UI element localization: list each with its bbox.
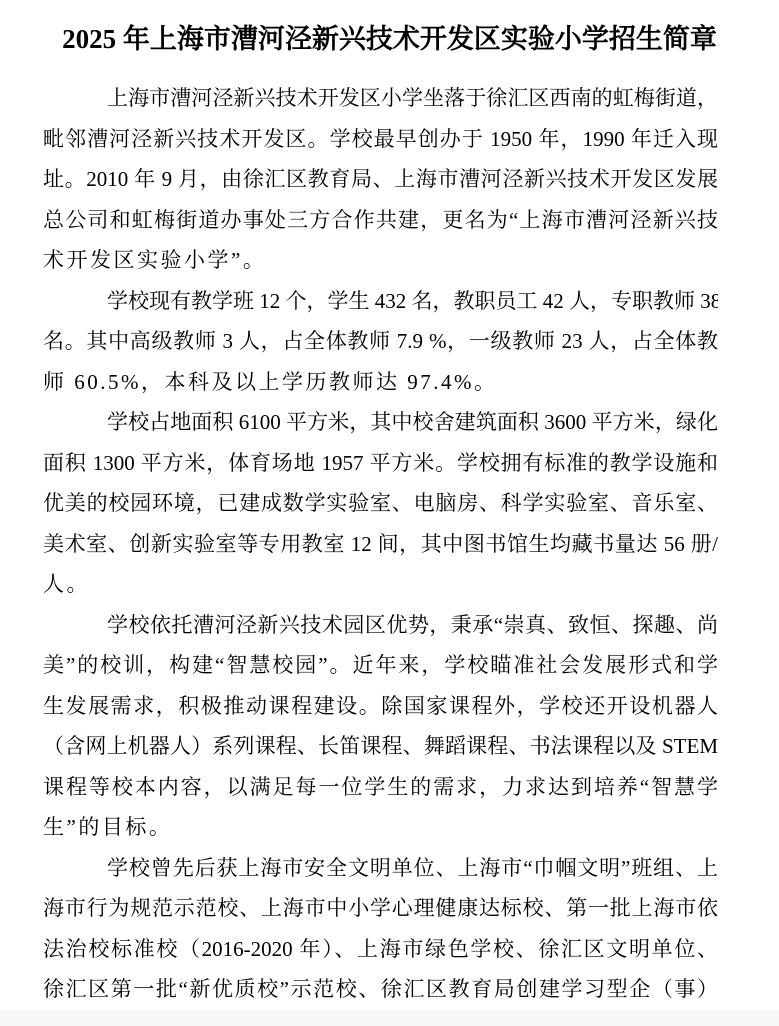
- text-line: 总公司和虹梅街道办事处三方合作共建，更名为“上海市漕河泾新兴技: [43, 200, 718, 241]
- document-body: 上海市漕河泾新兴技术开发区小学坐落于徐汇区西南的虹梅街道，毗邻漕河泾新兴技术开发…: [43, 78, 718, 1010]
- text-line: 生”的目标。: [43, 807, 718, 848]
- text-line: 课程等校本内容，以满足每一位学生的需求，力求达到培养“智慧学: [43, 767, 718, 808]
- text-line: 美”的校训，构建“智慧校园”。近年来，学校瞄准社会发展形式和学: [43, 645, 718, 686]
- text-line: 学校曾先后获上海市安全文明单位、上海市“巾帼文明”班组、上: [43, 848, 718, 889]
- text-line: 名。其中高级教师 3 人，占全体教师 7.9 %，一级教师 23 人，占全体教: [43, 321, 718, 362]
- text-line: 面积 1300 平方米，体育场地 1957 平方米。学校拥有标准的教学设施和: [43, 443, 718, 484]
- text-line: 海市行为规范示范校、上海市中小学心理健康达标校、第一批上海市依: [43, 888, 718, 929]
- text-line: 学校占地面积 6100 平方米，其中校舍建筑面积 3600 平方米，绿化: [43, 402, 718, 443]
- text-line: 学校依托漕河泾新兴技术园区优势，秉承“崇真、致恒、探趣、尚: [43, 605, 718, 646]
- text-line: 美术室、创新实验室等专用教室 12 间，其中图书馆生均藏书量达 56 册/: [43, 524, 718, 565]
- text-line: 徐汇区第一批“新优质校”示范校、徐汇区教育局创建学习型企（事）: [43, 969, 718, 1010]
- text-line: 人。: [43, 564, 718, 605]
- paragraph: 学校现有教学班 12 个，学生 432 名，教职员工 42 人，专职教师 38名…: [43, 281, 718, 403]
- text-line: 术开发区实验小学”。: [43, 240, 718, 281]
- text-line: 师 60.5%，本科及以上学历教师达 97.4%。: [43, 362, 718, 403]
- paragraph: 学校曾先后获上海市安全文明单位、上海市“巾帼文明”班组、上海市行为规范示范校、上…: [43, 848, 718, 1010]
- text-line: 生发展需求，积极推动课程建设。除国家课程外，学校还开设机器人: [43, 686, 718, 727]
- paragraph: 学校占地面积 6100 平方米，其中校舍建筑面积 3600 平方米，绿化面积 1…: [43, 402, 718, 605]
- text-line: 上海市漕河泾新兴技术开发区小学坐落于徐汇区西南的虹梅街道，: [43, 78, 718, 119]
- text-line: （含网上机器人）系列课程、长笛课程、舞蹈课程、书法课程以及 STEM: [43, 726, 718, 767]
- paragraph: 学校依托漕河泾新兴技术园区优势，秉承“崇真、致恒、探趣、尚美”的校训，构建“智慧…: [43, 605, 718, 848]
- document-page: 2025 年上海市漕河泾新兴技术开发区实验小学招生简章 上海市漕河泾新兴技术开发…: [0, 0, 779, 1026]
- paragraph: 上海市漕河泾新兴技术开发区小学坐落于徐汇区西南的虹梅街道，毗邻漕河泾新兴技术开发…: [43, 78, 718, 281]
- text-line: 址。2010 年 9 月，由徐汇区教育局、上海市漕河泾新兴技术开发区发展: [43, 159, 718, 200]
- text-line: 法治校标准校（2016-2020 年）、上海市绿色学校、徐汇区文明单位、: [43, 929, 718, 970]
- text-line: 优美的校园环境，已建成数学实验室、电脑房、科学实验室、音乐室、: [43, 483, 718, 524]
- document-title: 2025 年上海市漕河泾新兴技术开发区实验小学招生简章: [0, 20, 779, 58]
- text-line: 毗邻漕河泾新兴技术开发区。学校最早创办于 1950 年，1990 年迁入现: [43, 119, 718, 160]
- text-line: 学校现有教学班 12 个，学生 432 名，教职员工 42 人，专职教师 38: [43, 281, 718, 322]
- page-bottom-edge: [0, 1010, 779, 1026]
